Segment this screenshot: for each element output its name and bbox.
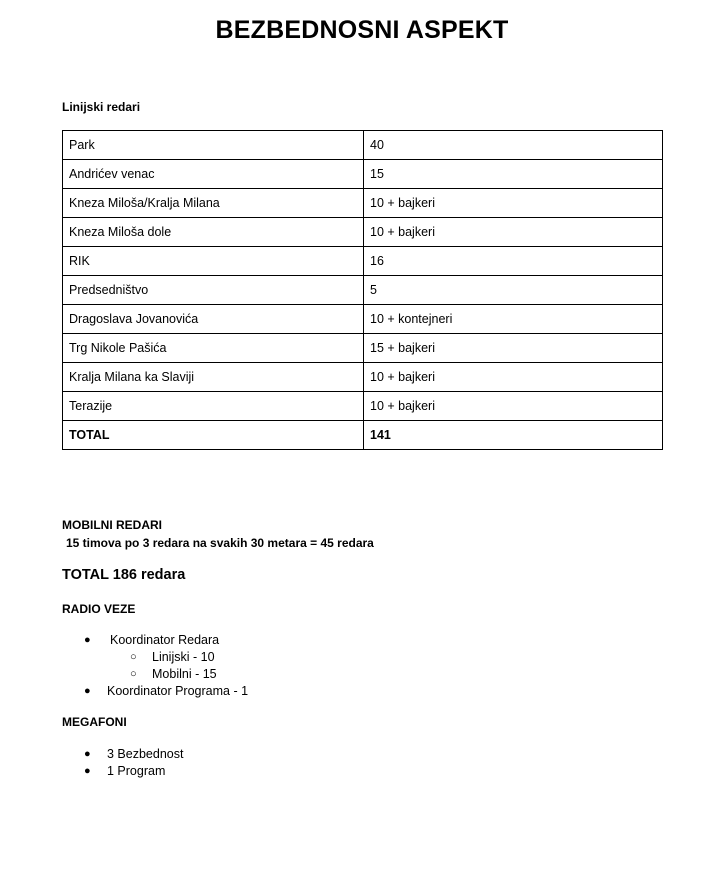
table-row: Andrićev venac15 xyxy=(63,160,663,189)
linijski-table: Park40Andrićev venac15Kneza Miloša/Kralj… xyxy=(62,130,663,450)
total-value: 141 xyxy=(364,421,663,450)
table-row: Park40 xyxy=(63,131,663,160)
location-cell: Andrićev venac xyxy=(63,160,364,189)
document-title: BEZBEDNOSNI ASPEKT xyxy=(0,16,718,45)
bullet-icon: ● xyxy=(84,685,91,697)
table-row: Trg Nikole Pašića15 + bajkeri xyxy=(63,334,663,363)
list-subitem: Mobilni - 15 xyxy=(152,667,217,681)
table-row: Dragoslava Jovanovića10 + kontejneri xyxy=(63,305,663,334)
location-cell: Kralja Milana ka Slaviji xyxy=(63,363,364,392)
list-item: Koordinator Programa - 1 xyxy=(107,684,248,698)
value-cell: 40 xyxy=(364,131,663,160)
table-row: Terazije10 + bajkeri xyxy=(63,392,663,421)
location-cell: Kneza Miloša dole xyxy=(63,218,364,247)
mobilni-detail: 15 timova po 3 redara na svakih 30 metar… xyxy=(66,536,374,550)
bullet-icon: ● xyxy=(84,765,91,777)
value-cell: 15 + bajkeri xyxy=(364,334,663,363)
value-cell: 10 + bajkeri xyxy=(364,218,663,247)
location-cell: Kneza Miloša/Kralja Milana xyxy=(63,189,364,218)
sub-bullet-icon: ○ xyxy=(130,668,137,680)
bullet-icon: ● xyxy=(84,748,91,760)
list-item: 1 Program xyxy=(107,764,165,778)
value-cell: 10 + bajkeri xyxy=(364,189,663,218)
table-row: Kneza Miloša/Kralja Milana10 + bajkeri xyxy=(63,189,663,218)
table-row: Kralja Milana ka Slaviji10 + bajkeri xyxy=(63,363,663,392)
list-item: 3 Bezbednost xyxy=(107,747,183,761)
radio-heading: RADIO VEZE xyxy=(62,602,135,616)
list-subitem: Linijski - 10 xyxy=(152,650,215,664)
linijski-heading: Linijski redari xyxy=(62,100,140,114)
location-cell: Predsedništvo xyxy=(63,276,364,305)
location-cell: Terazije xyxy=(63,392,364,421)
value-cell: 5 xyxy=(364,276,663,305)
value-cell: 10 + kontejneri xyxy=(364,305,663,334)
bullet-icon: ● xyxy=(84,634,91,646)
location-cell: Park xyxy=(63,131,364,160)
table-row: Kneza Miloša dole10 + bajkeri xyxy=(63,218,663,247)
location-cell: Trg Nikole Pašića xyxy=(63,334,364,363)
list-item: Koordinator Redara xyxy=(110,633,219,647)
value-cell: 16 xyxy=(364,247,663,276)
table-row: RIK16 xyxy=(63,247,663,276)
value-cell: 10 + bajkeri xyxy=(364,392,663,421)
megafoni-heading: MEGAFONI xyxy=(62,715,127,729)
table-row: Predsedništvo5 xyxy=(63,276,663,305)
location-cell: Dragoslava Jovanovića xyxy=(63,305,364,334)
sub-bullet-icon: ○ xyxy=(130,651,137,663)
total-row: TOTAL141 xyxy=(63,421,663,450)
grand-total: TOTAL 186 redara xyxy=(62,567,185,583)
total-label: TOTAL xyxy=(63,421,364,450)
value-cell: 10 + bajkeri xyxy=(364,363,663,392)
mobilni-heading: MOBILNI REDARI xyxy=(62,518,162,532)
value-cell: 15 xyxy=(364,160,663,189)
location-cell: RIK xyxy=(63,247,364,276)
